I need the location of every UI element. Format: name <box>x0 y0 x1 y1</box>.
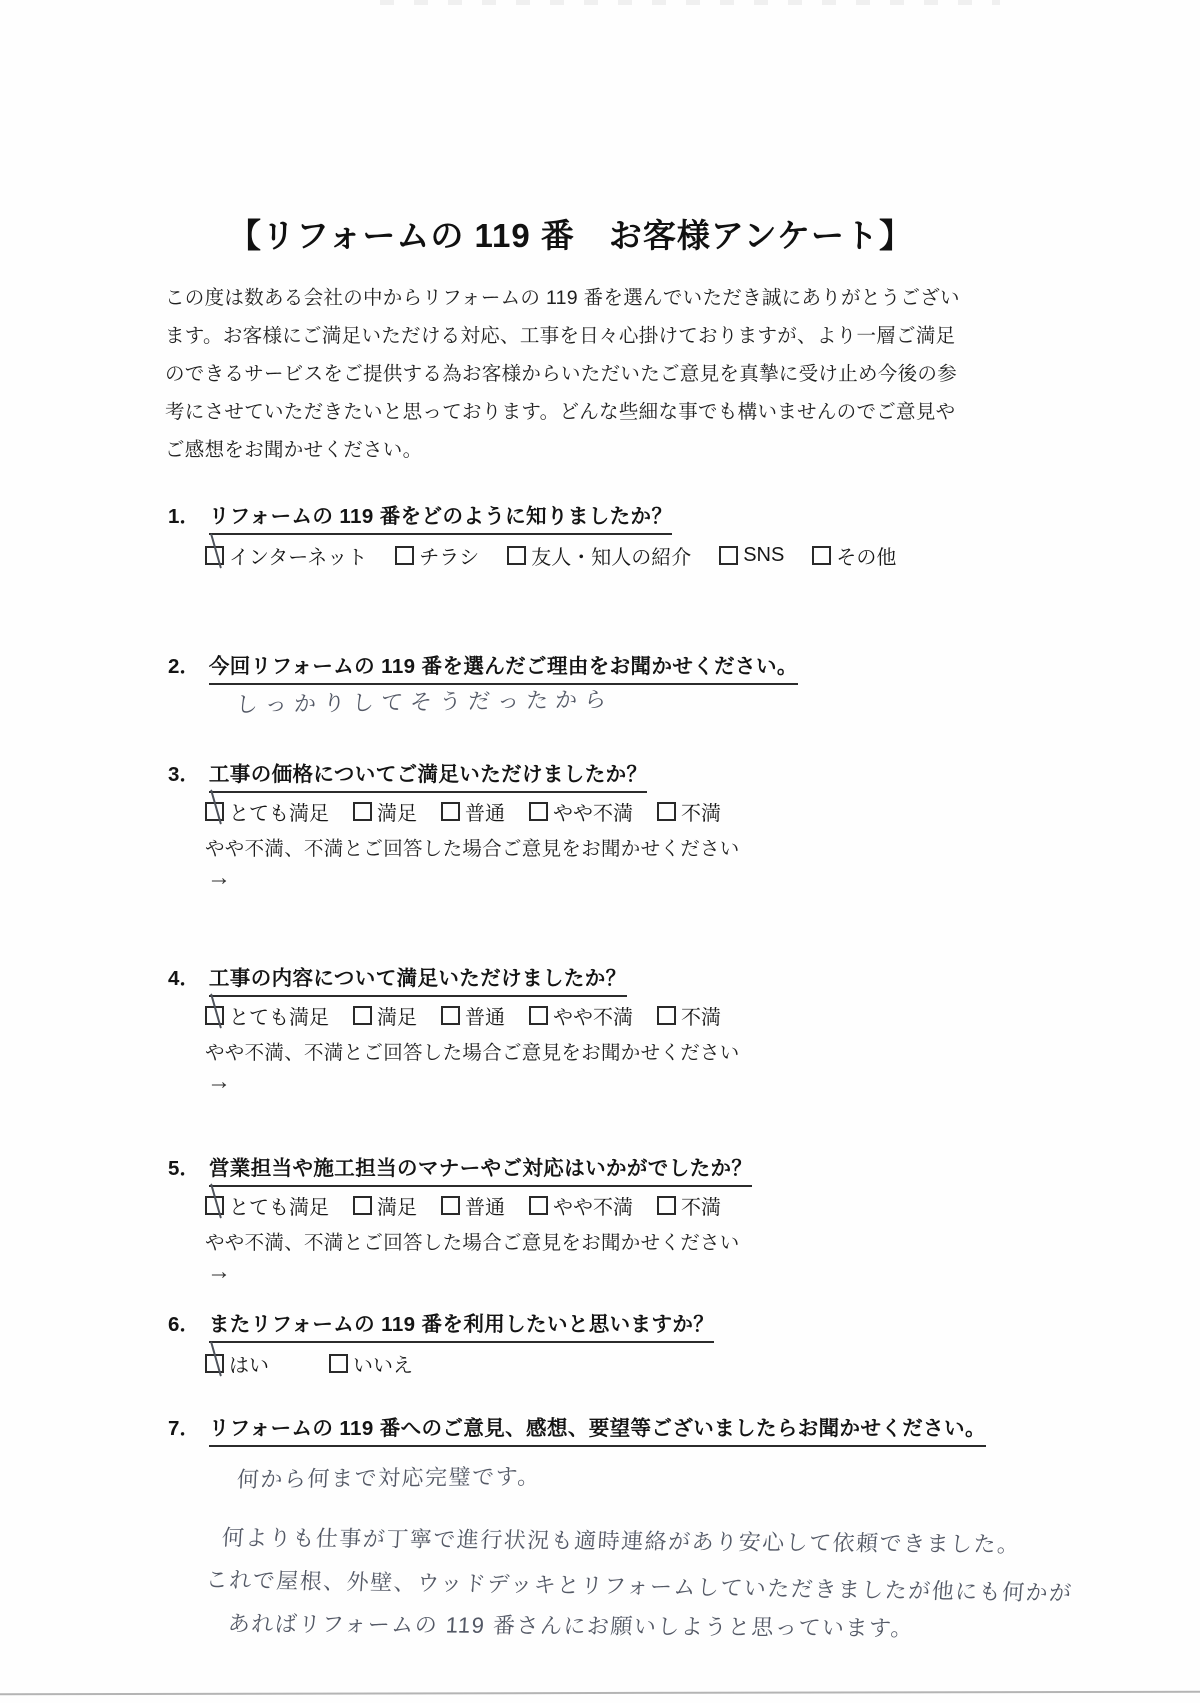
option: インターネット <box>205 541 367 570</box>
checkbox <box>812 546 831 565</box>
intro-line: ご感想をお聞かせください。 <box>165 431 960 469</box>
checkbox <box>657 802 676 821</box>
question-3-heading: 3． 工事の価格についてご満足いただけましたか？ <box>168 757 647 793</box>
followup-prompt: やや不満、不満とご回答した場合ご意見をお聞かせください <box>205 1037 740 1065</box>
option: いいえ <box>329 1349 413 1378</box>
scan-top-artifact <box>380 0 1000 5</box>
question-number: 1． <box>168 499 200 529</box>
checkbox-checked <box>205 1006 224 1025</box>
question-1-heading: 1． リフォームの 119 番をどのように知りましたか？ <box>168 499 672 535</box>
option-label: その他 <box>836 541 896 570</box>
followup-prompt: やや不満、不満とご回答した場合ご意見をお聞かせください <box>205 833 740 861</box>
option: 友人・知人の紹介 <box>507 541 691 570</box>
option-label: とても満足 <box>229 797 329 826</box>
question-number: 6． <box>168 1307 200 1337</box>
question-4-heading: 4． 工事の内容について満足いただけましたか？ <box>168 961 627 997</box>
option: 不満 <box>657 1001 721 1030</box>
checkbox-checked <box>205 1354 224 1373</box>
checkbox <box>441 802 460 821</box>
intro-paragraph: この度は数ある会社の中からリフォームの 119 番を選んでいただき誠にありがとう… <box>165 279 960 469</box>
checkbox <box>441 1196 460 1215</box>
option-label: 普通 <box>465 1001 505 1030</box>
handwritten-answer-line: 何よりも仕事が丁寧で進行状況も適時連絡があり安心して依頼できました。 <box>221 1521 1022 1559</box>
question-number: 7． <box>168 1411 200 1441</box>
checkbox <box>507 546 526 565</box>
checkbox-checked <box>205 546 224 565</box>
handwritten-answer: しっかりしてそうだったから <box>235 683 614 719</box>
question-7-heading: 7． リフォームの 119 番へのご意見、感想、要望等ございましたらお聞かせくだ… <box>168 1411 986 1447</box>
option: その他 <box>812 541 896 570</box>
option: 満足 <box>353 1001 417 1030</box>
question-4-options: とても満足 満足 普通 やや不満 不満 <box>205 1001 745 1030</box>
option-label: 普通 <box>465 797 505 826</box>
option: 普通 <box>441 1001 505 1030</box>
intro-line: この度は数ある会社の中からリフォームの 119 番を選んでいただき誠にありがとう… <box>165 279 960 317</box>
question-text: またリフォームの 119 番を利用したいと思いますか？ <box>209 1307 714 1343</box>
question-text: リフォームの 119 番をどのように知りましたか？ <box>209 499 672 535</box>
checkbox-checked <box>205 1196 224 1215</box>
intro-line: ます。お客様にご満足いただける対応、工事を日々心掛けておりますが、より一層ご満足 <box>165 317 960 355</box>
question-1-options: インターネット チラシ 友人・知人の紹介 SNS その他 <box>205 541 924 570</box>
question-number: 5． <box>168 1151 200 1181</box>
option-label: 不満 <box>681 797 721 826</box>
question-number: 2． <box>168 649 200 679</box>
checkbox <box>657 1196 676 1215</box>
question-text: 営業担当や施工担当のマナーやご対応はいかがでしたか？ <box>209 1151 752 1187</box>
checkbox <box>329 1354 348 1373</box>
option-label: 普通 <box>465 1191 505 1220</box>
checkbox <box>529 802 548 821</box>
question-5-heading: 5． 営業担当や施工担当のマナーやご対応はいかがでしたか？ <box>168 1151 752 1187</box>
question-text: 今回リフォームの 119 番を選んだご理由をお聞かせください。 <box>209 649 798 685</box>
question-text: 工事の価格についてご満足いただけましたか？ <box>209 757 648 793</box>
option-label: 満足 <box>377 1191 417 1220</box>
option: チラシ <box>395 541 479 570</box>
scan-edge-line <box>0 1691 1200 1696</box>
checkbox <box>353 802 372 821</box>
option-label: とても満足 <box>229 1191 329 1220</box>
question-6-options: はい いいえ <box>205 1349 473 1378</box>
handwritten-answer-line: あればリフォームの 119 番さんにお願いしようと思っています。 <box>227 1607 915 1643</box>
option-label: とても満足 <box>229 1001 329 1030</box>
handwritten-answer-line: 何から何まで対応完璧です。 <box>236 1460 541 1494</box>
followup-arrow: → <box>207 1258 231 1286</box>
followup-prompt: やや不満、不満とご回答した場合ご意見をお聞かせください <box>205 1227 740 1255</box>
checkbox <box>657 1006 676 1025</box>
intro-line: 考にさせていただきたいと思っております。どんな些細な事でも構いませんのでご意見や <box>165 393 960 431</box>
question-2-heading: 2． 今回リフォームの 119 番を選んだご理由をお聞かせください。 <box>168 649 798 685</box>
option: とても満足 <box>205 1191 329 1220</box>
option-label: やや不満 <box>553 1001 633 1030</box>
option: 不満 <box>657 797 721 826</box>
question-text: 工事の内容について満足いただけましたか？ <box>209 961 627 997</box>
question-6-heading: 6． またリフォームの 119 番を利用したいと思いますか？ <box>168 1307 714 1343</box>
scanned-survey-page: 【リフォームの 119 番 お客様アンケート】 この度は数ある会社の中からリフォ… <box>0 0 1200 1703</box>
option-label: やや不満 <box>553 1191 633 1220</box>
option-label: 不満 <box>681 1001 721 1030</box>
option: とても満足 <box>205 797 329 826</box>
option: はい <box>205 1349 269 1378</box>
question-5-options: とても満足 満足 普通 やや不満 不満 <box>205 1191 745 1220</box>
option-label: やや不満 <box>553 797 633 826</box>
followup-arrow: → <box>207 1068 231 1096</box>
option-label: 不満 <box>681 1191 721 1220</box>
question-text: リフォームの 119 番へのご意見、感想、要望等ございましたらお聞かせください。 <box>209 1411 986 1447</box>
option-label: はい <box>229 1349 269 1378</box>
checkbox <box>529 1196 548 1215</box>
option-label: 満足 <box>377 1001 417 1030</box>
option-label: チラシ <box>419 541 479 570</box>
option-label: いいえ <box>353 1349 413 1378</box>
question-3-options: とても満足 満足 普通 やや不満 不満 <box>205 797 745 826</box>
intro-line: のできるサービスをご提供する為お客様からいただいたご意見を真摯に受け止め今後の参 <box>165 355 960 393</box>
option-label: インターネット <box>229 541 367 570</box>
survey-title: 【リフォームの 119 番 お客様アンケート】 <box>228 210 913 257</box>
question-number: 3． <box>168 757 200 787</box>
option: やや不満 <box>529 1001 633 1030</box>
option: 不満 <box>657 1191 721 1220</box>
option: やや不満 <box>529 797 633 826</box>
followup-arrow: → <box>207 864 231 892</box>
checkbox <box>353 1196 372 1215</box>
option-label: 友人・知人の紹介 <box>531 541 691 570</box>
option: やや不満 <box>529 1191 633 1220</box>
option: SNS <box>719 544 784 567</box>
option: とても満足 <box>205 1001 329 1030</box>
checkbox <box>529 1006 548 1025</box>
checkbox-checked <box>205 802 224 821</box>
handwritten-answer-line: これで屋根、外壁、ウッドデッキとリフォームしていただきましたが他にも何かが <box>205 1563 1074 1608</box>
checkbox <box>719 546 738 565</box>
option: 普通 <box>441 797 505 826</box>
checkbox <box>395 546 414 565</box>
option-label: SNS <box>743 544 784 567</box>
checkbox <box>441 1006 460 1025</box>
option: 満足 <box>353 797 417 826</box>
option: 普通 <box>441 1191 505 1220</box>
question-number: 4． <box>168 961 200 991</box>
checkbox <box>353 1006 372 1025</box>
option-label: 満足 <box>377 797 417 826</box>
option: 満足 <box>353 1191 417 1220</box>
